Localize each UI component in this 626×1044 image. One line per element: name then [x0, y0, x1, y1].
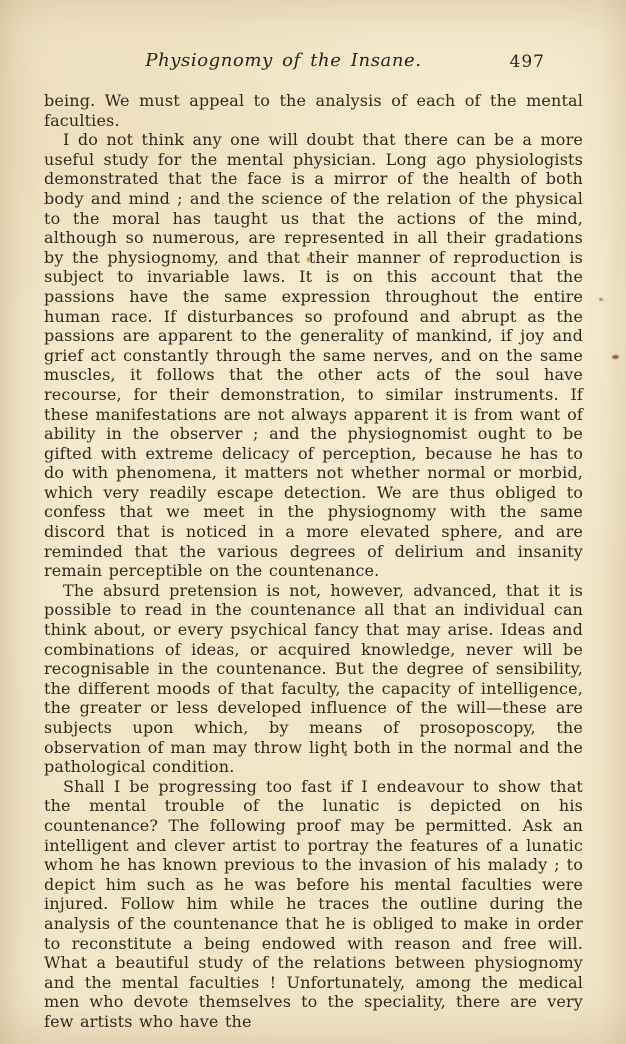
foxing-spot — [612, 355, 619, 359]
page-body: being. We must appeal to the analysis of… — [44, 91, 583, 1032]
ink-speck — [307, 257, 310, 262]
running-title: Physiognomy of the Insane. — [44, 50, 583, 71]
page-number: 497 — [510, 52, 545, 72]
page-header: Physiognomy of the Insane. 497 — [44, 0, 583, 76]
paragraph: Shall I be progressing too fast if I end… — [44, 777, 583, 1032]
foxing-spot — [599, 298, 603, 301]
paragraph: The absurd pretension is not, however, a… — [44, 581, 583, 777]
book-page-scan: Physiognomy of the Insane. 497 being. We… — [0, 0, 626, 1044]
paragraph: I do not think any one will doubt that t… — [44, 130, 583, 581]
ink-speck — [344, 753, 347, 756]
paragraph-continuation: being. We must appeal to the analysis of… — [44, 91, 583, 130]
